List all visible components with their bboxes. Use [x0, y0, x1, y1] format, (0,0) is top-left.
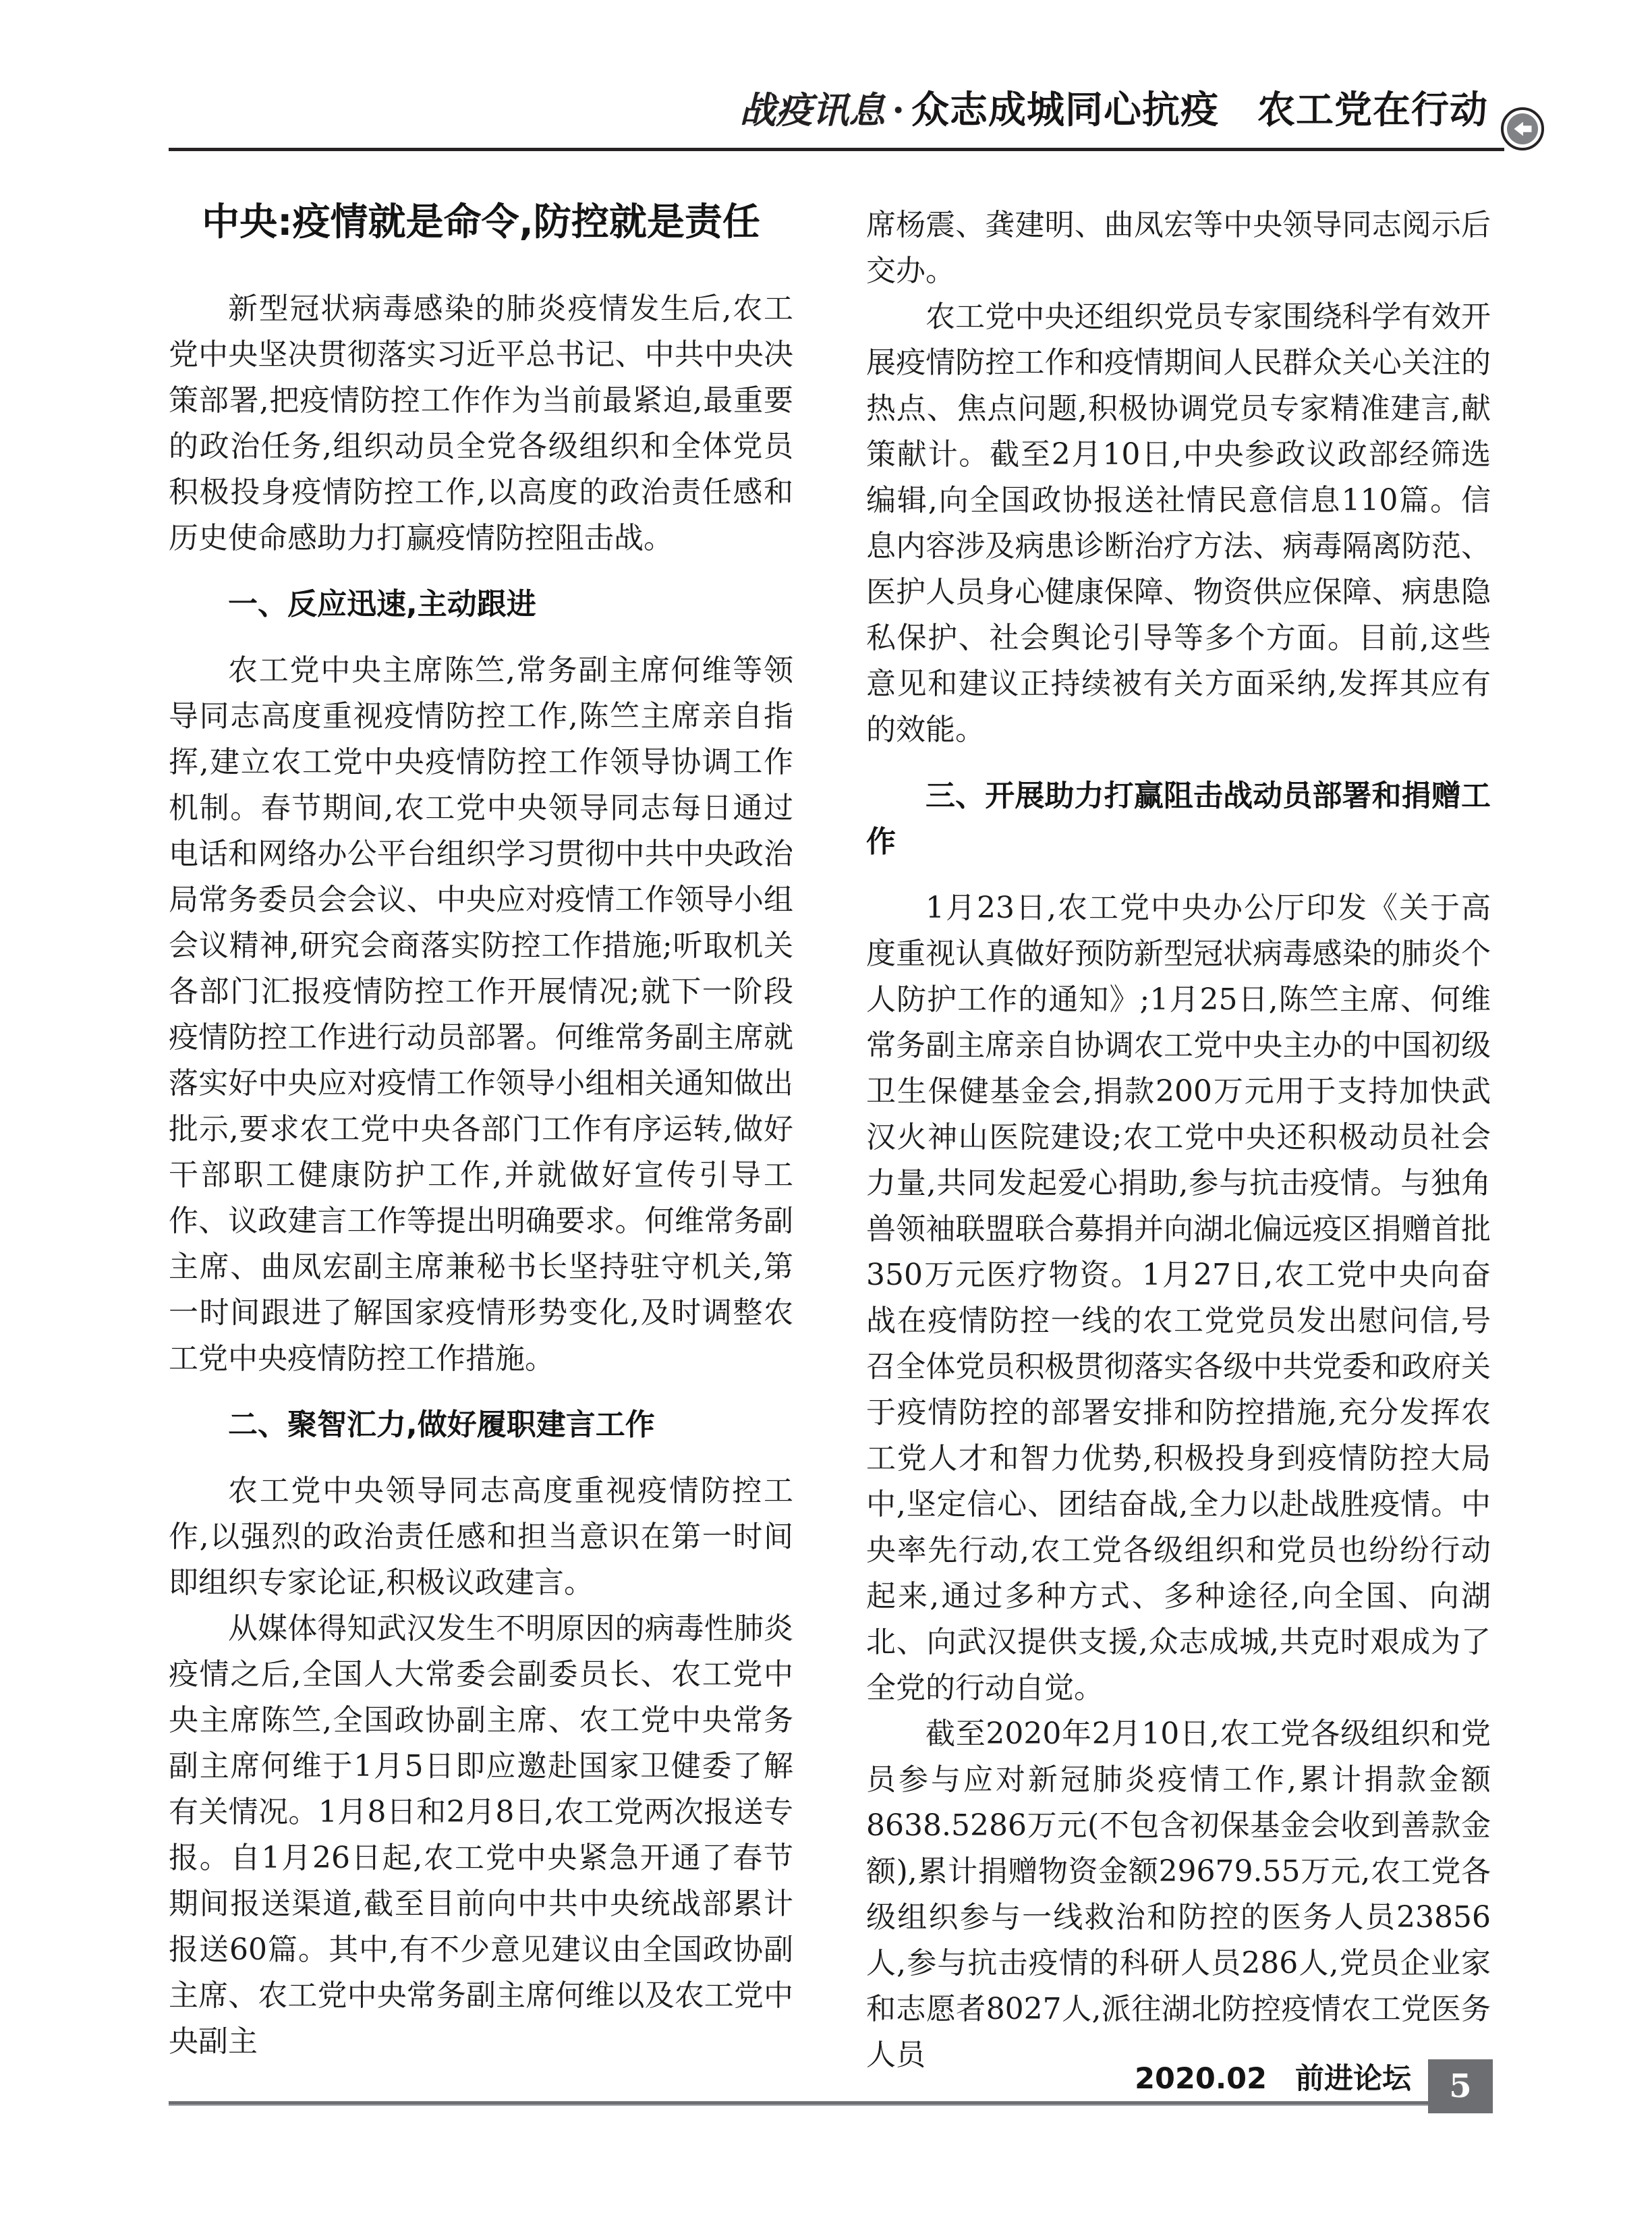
footer-issue-date: 2020.02 — [1135, 2062, 1267, 2096]
footer-rule — [169, 2101, 1493, 2106]
body-paragraph: 农工党中央领导同志高度重视疫情防控工作,以强烈的政治责任感和担当意识在第一时间即… — [169, 1468, 793, 1606]
body-paragraph: 从媒体得知武汉发生不明原因的病毒性肺炎疫情之后,全国人大常委会副委员长、农工党中… — [169, 1606, 793, 2065]
body-paragraph: 席杨震、龚建明、曲凤宏等中央领导同志阅示后交办。 — [866, 202, 1491, 294]
page-header: 战疫讯息·众志成城同心抗疫 农工党在行动 — [739, 92, 1488, 130]
article-title: 中央:疫情就是命令,防控就是责任 — [169, 198, 793, 248]
section-heading: 二、聚智汇力,做好履职建言工作 — [169, 1402, 793, 1448]
header-topic-kai: 战疫讯息 — [739, 88, 885, 132]
page-number-badge: 5 — [1428, 2059, 1493, 2113]
left-column: 新型冠状病毒感染的肺炎疫情发生后,农工党中央坚决贯彻落实习近平总书记、中共中央决… — [169, 286, 793, 2065]
header-topic-bold: 众志成城同心抗疫 农工党在行动 — [911, 88, 1488, 132]
footer: 2020.02前进论坛 — [1135, 2065, 1411, 2094]
right-column: 席杨震、龚建明、曲凤宏等中央领导同志阅示后交办。农工党中央还组织党员专家围绕科学… — [866, 202, 1491, 2078]
body-paragraph: 1月23日,农工党中央办公厅印发《关于高度重视认真做好预防新型冠状病毒感染的肺炎… — [866, 885, 1491, 1711]
body-paragraph: 新型冠状病毒感染的肺炎疫情发生后,农工党中央坚决贯彻落实习近平总书记、中共中央决… — [169, 286, 793, 561]
body-paragraph: 农工党中央主席陈竺,常务副主席何维等领导同志高度重视疫情防控工作,陈竺主席亲自指… — [169, 648, 793, 1382]
footer-journal-name: 前进论坛 — [1295, 2062, 1411, 2096]
section-heading: 一、反应迅速,主动跟进 — [169, 582, 793, 628]
header-separator-dot: · — [892, 88, 905, 132]
body-paragraph: 农工党中央还组织党员专家围绕科学有效开展疫情防控工作和疫情期间人民群众关心关注的… — [866, 294, 1491, 753]
header-rule — [169, 148, 1504, 151]
back-arrow-icon — [1500, 107, 1545, 151]
body-paragraph: 截至2020年2月10日,农工党各级组织和党员参与应对新冠肺炎疫情工作,累计捐款… — [866, 1711, 1491, 2078]
section-heading: 三、开展助力打赢阻击战动员部署和捐赠工作 — [866, 773, 1491, 865]
